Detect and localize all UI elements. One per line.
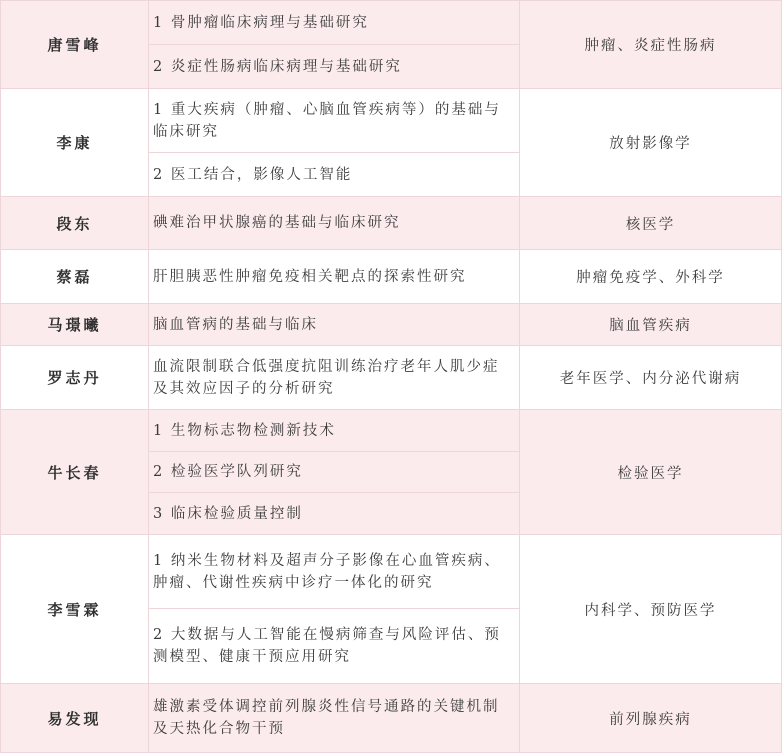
supervisor-name: 蔡磊: [1, 250, 149, 304]
research-topic: 1 骨肿瘤临床病理与基础研究: [149, 1, 520, 45]
research-field: 肿瘤免疫学、外科学: [520, 250, 782, 304]
research-topic: 脑血管病的基础与临床: [149, 304, 520, 346]
research-field: 前列腺疾病: [520, 684, 782, 753]
supervisor-name: 马璟曦: [1, 304, 149, 346]
supervisor-name: 李康: [1, 89, 149, 197]
table-row: 牛长春 1 生物标志物检测新技术 检验医学: [1, 410, 782, 452]
supervisor-name: 段东: [1, 197, 149, 250]
research-field: 老年医学、内分泌代谢病: [520, 346, 782, 410]
research-field: 脑血管疾病: [520, 304, 782, 346]
research-field: 内科学、预防医学: [520, 535, 782, 684]
research-topic: 2 医工结合，影像人工智能: [149, 153, 520, 197]
supervisor-research-table: 唐雪峰 1 骨肿瘤临床病理与基础研究 肿瘤、炎症性肠病 2 炎症性肠病临床病理与…: [0, 0, 782, 753]
research-topic: 肝胆胰恶性肿瘤免疫相关靶点的探索性研究: [149, 250, 520, 304]
table-row: 马璟曦 脑血管病的基础与临床 脑血管疾病: [1, 304, 782, 346]
table-row: 李康 1 重大疾病（肿瘤、心脑血管疾病等）的基础与临床研究 放射影像学: [1, 89, 782, 153]
table-row: 易发现 雄激素受体调控前列腺炎性信号通路的关键机制及天热化合物干预 前列腺疾病: [1, 684, 782, 753]
supervisor-name: 李雪霖: [1, 535, 149, 684]
research-topic: 1 生物标志物检测新技术: [149, 410, 520, 452]
research-field: 肿瘤、炎症性肠病: [520, 1, 782, 89]
research-field: 放射影像学: [520, 89, 782, 197]
supervisor-name: 唐雪峰: [1, 1, 149, 89]
research-topic: 雄激素受体调控前列腺炎性信号通路的关键机制及天热化合物干预: [149, 684, 520, 753]
research-topic: 血流限制联合低强度抗阻训练治疗老年人肌少症及其效应因子的分析研究: [149, 346, 520, 410]
research-topic: 2 检验医学队列研究: [149, 452, 520, 493]
supervisor-name: 牛长春: [1, 410, 149, 535]
research-topic: 1 重大疾病（肿瘤、心脑血管疾病等）的基础与临床研究: [149, 89, 520, 153]
research-topic: 碘难治甲状腺癌的基础与临床研究: [149, 197, 520, 250]
research-topic: 2 炎症性肠病临床病理与基础研究: [149, 45, 520, 89]
research-topic: 2 大数据与人工智能在慢病筛查与风险评估、预测模型、健康干预应用研究: [149, 609, 520, 684]
supervisor-name: 易发现: [1, 684, 149, 753]
table-row: 唐雪峰 1 骨肿瘤临床病理与基础研究 肿瘤、炎症性肠病: [1, 1, 782, 45]
table-row: 蔡磊 肝胆胰恶性肿瘤免疫相关靶点的探索性研究 肿瘤免疫学、外科学: [1, 250, 782, 304]
table-row: 段东 碘难治甲状腺癌的基础与临床研究 核医学: [1, 197, 782, 250]
table-row: 李雪霖 1 纳米生物材料及超声分子影像在心血管疾病、肿瘤、代谢性疾病中诊疗一体化…: [1, 535, 782, 609]
research-topic: 1 纳米生物材料及超声分子影像在心血管疾病、肿瘤、代谢性疾病中诊疗一体化的研究: [149, 535, 520, 609]
supervisor-name: 罗志丹: [1, 346, 149, 410]
research-field: 核医学: [520, 197, 782, 250]
research-topic: 3 临床检验质量控制: [149, 493, 520, 535]
research-field: 检验医学: [520, 410, 782, 535]
table-row: 罗志丹 血流限制联合低强度抗阻训练治疗老年人肌少症及其效应因子的分析研究 老年医…: [1, 346, 782, 410]
